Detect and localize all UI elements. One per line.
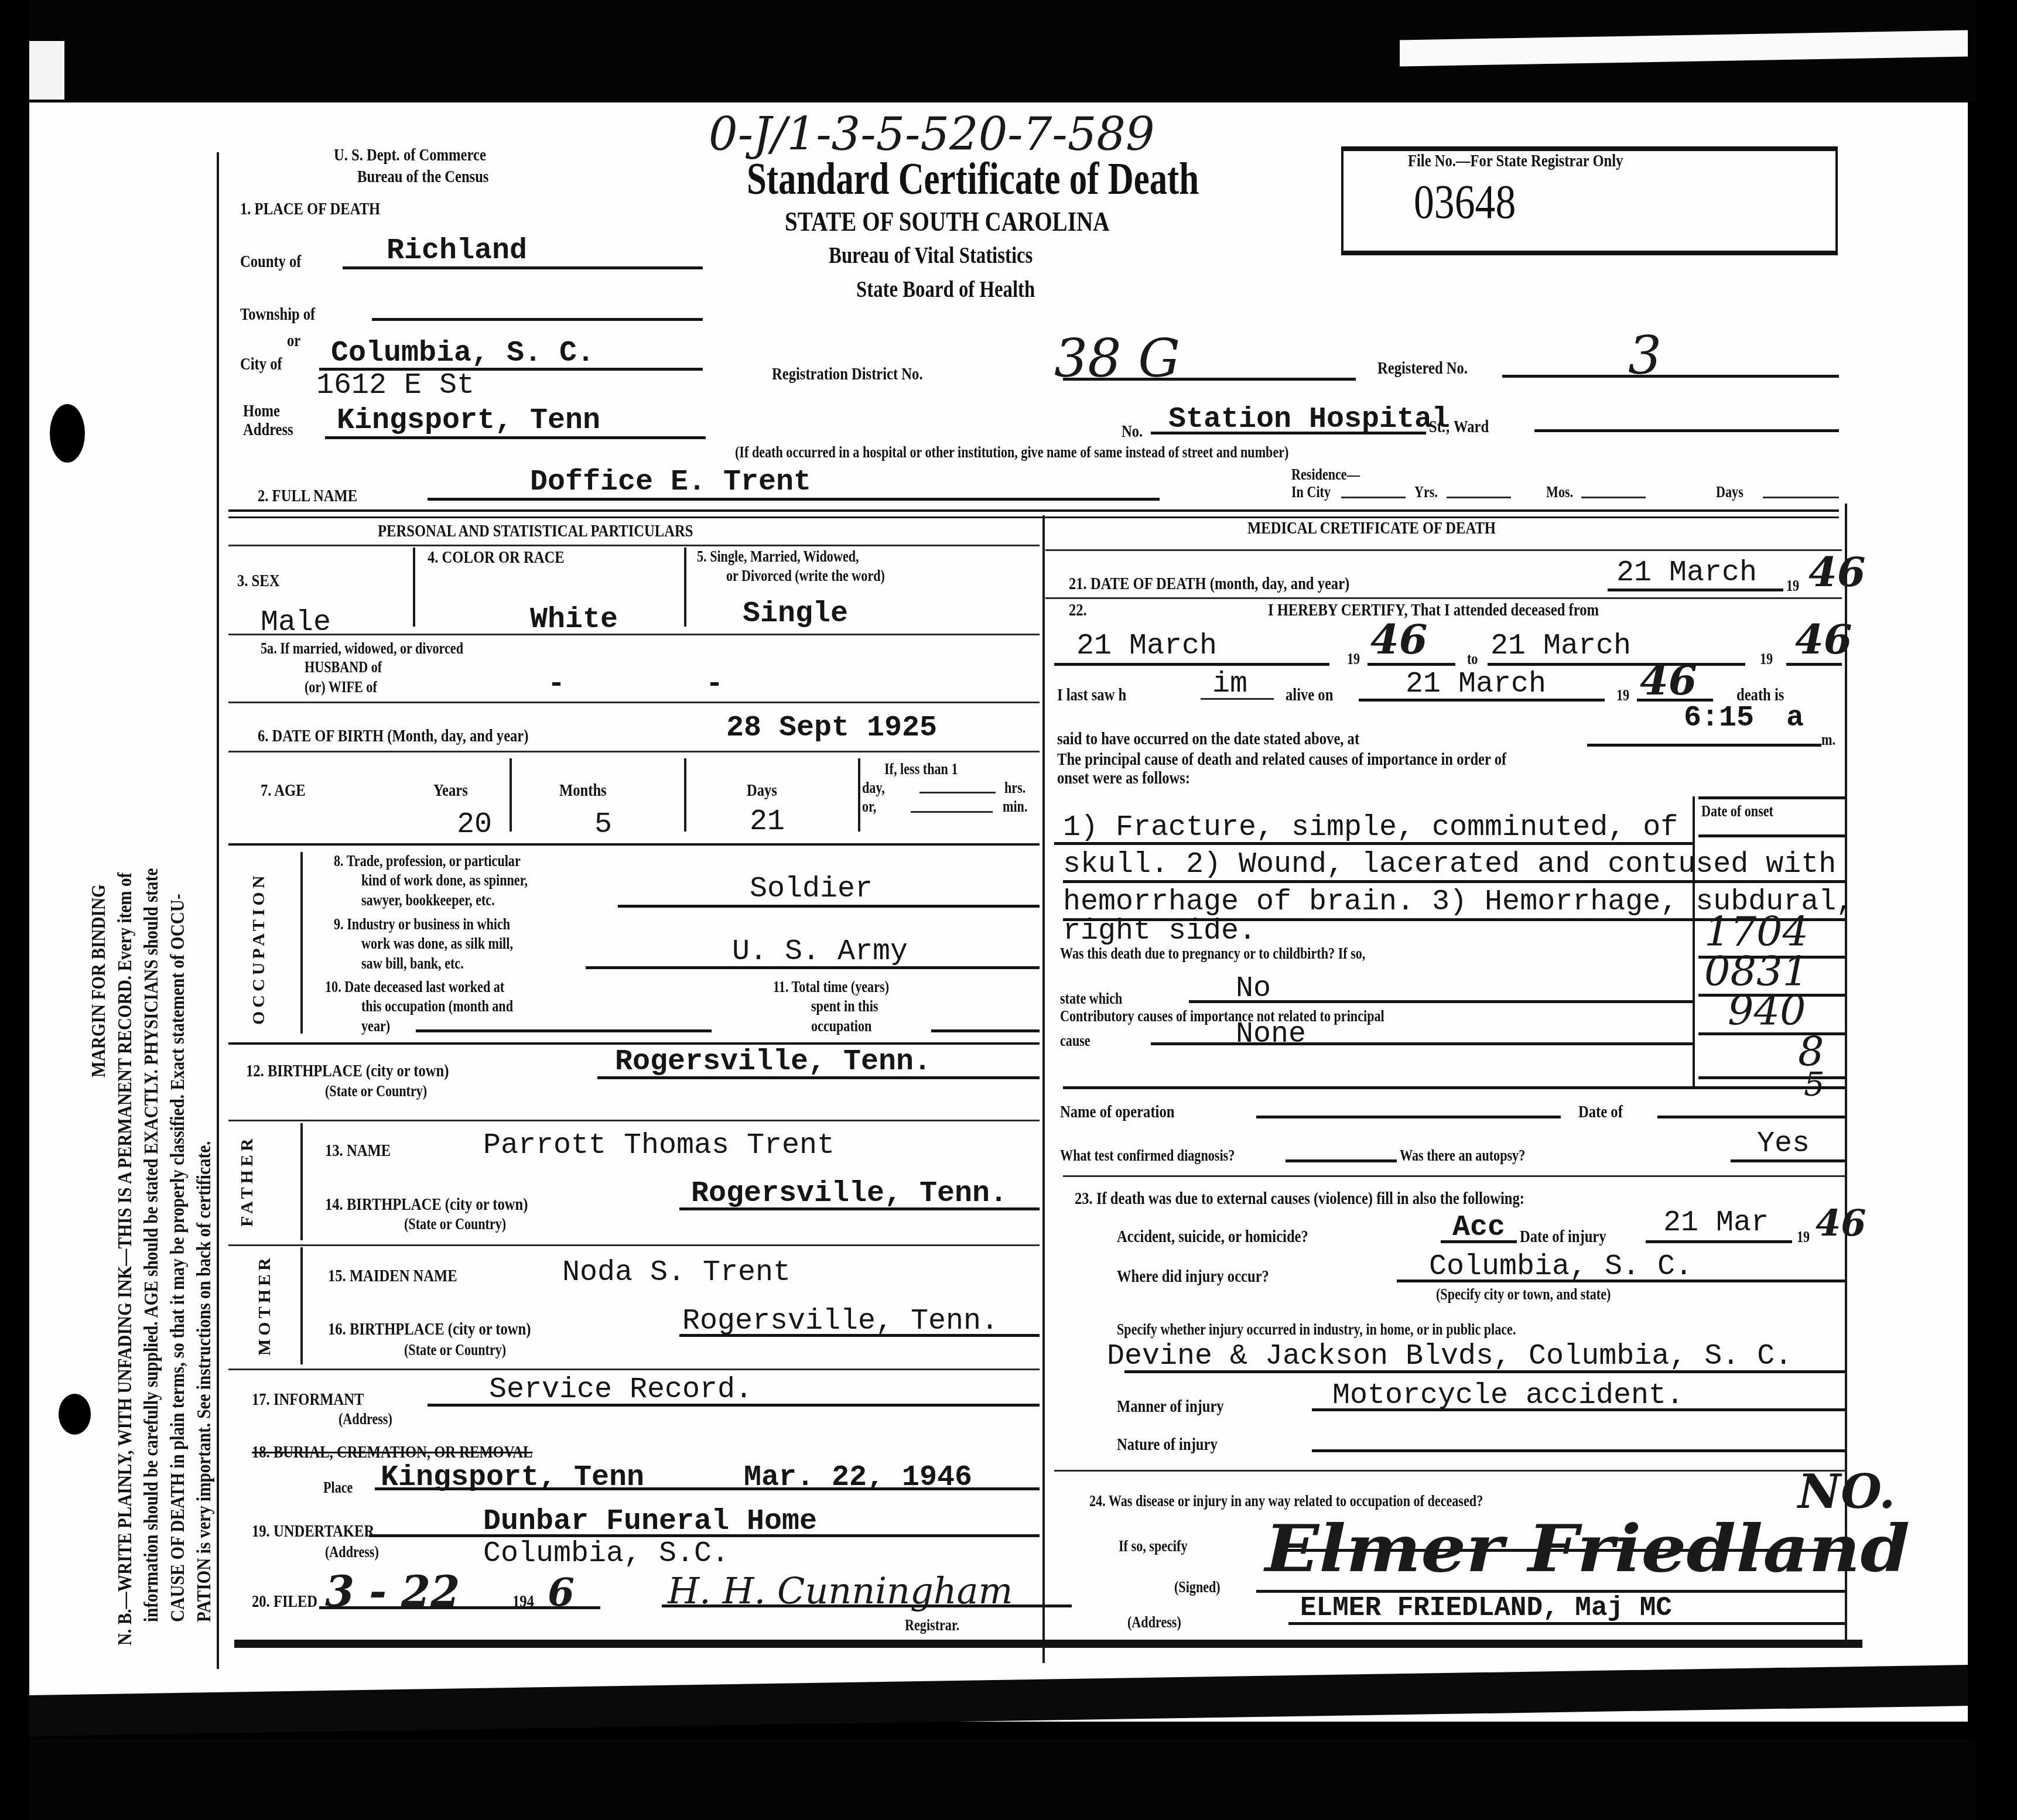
home-label: Home <box>243 401 280 421</box>
operation-label: Name of operation <box>1060 1102 1174 1122</box>
death-time: 6:15 <box>1684 702 1754 735</box>
injury-date-value: 21 Mar <box>1663 1206 1769 1240</box>
bureau-name: Bureau of Vital Statistics <box>829 241 1033 269</box>
father-birthplace-value: Rogersville, Tenn. <box>691 1177 1007 1210</box>
industry-value: U. S. Army <box>732 935 908 969</box>
mother-name-value: Noda S. Trent <box>562 1256 791 1289</box>
last-saw-date: 21 March <box>1406 668 1546 701</box>
contributory-label-1: Contributory causes of importance not re… <box>1060 1007 1384 1025</box>
days-value: 21 <box>750 805 785 839</box>
or-label: or <box>287 331 300 351</box>
no-label: No. <box>1122 422 1143 442</box>
punch-hole <box>50 404 85 463</box>
marital-label-2: or Divorced (write the word) <box>726 567 885 585</box>
last-saw-pronoun: im <box>1212 668 1247 701</box>
registration-district-label: Registration District No. <box>772 364 923 384</box>
am-label: m. <box>1821 731 1835 749</box>
st-ward-label: St.; Ward <box>1429 417 1489 437</box>
father-side-label: FATHER <box>237 1135 257 1227</box>
trade-label-1: 8. Trade, profession, or particular <box>334 852 521 870</box>
occupation-related-label: 24. Was disease or injury in any way rel… <box>1089 1492 1483 1510</box>
burial-label: 18. BURIAL, CREMATION, OR REMOVAL <box>252 1442 533 1462</box>
address-label: Address <box>243 420 293 440</box>
injury-year: 46 <box>1816 1202 1866 1244</box>
last-worked-label-2: this occupation (month and <box>361 997 513 1015</box>
medical-heading: MEDICAL CRETIFICATE OF DEATH <box>1247 518 1496 538</box>
scan-top-border <box>29 0 1988 102</box>
in-city-label: In City <box>1291 483 1331 501</box>
burial-place-label: Place <box>323 1479 353 1497</box>
year-prefix-3: 19 <box>1616 686 1629 704</box>
undertaker-name: Dunbar Funeral Home <box>483 1505 817 1538</box>
spouse-label-2: HUSBAND of <box>305 658 382 676</box>
trade-label-3: sawyer, bookkeeper, etc. <box>361 891 495 909</box>
days-label: Days <box>747 781 777 800</box>
margin-line-4: PATION is very important. See instructio… <box>193 1141 216 1622</box>
last-worked-label-3: year) <box>361 1017 390 1035</box>
dod-year: 46 <box>1809 548 1865 596</box>
pregnancy-label: Was this death due to pregnancy or to ch… <box>1060 945 1365 963</box>
board-name: State Board of Health <box>856 275 1035 303</box>
city-value: Columbia, S. C. <box>331 337 594 370</box>
certify-number: 22. <box>1069 600 1087 620</box>
less-than-day-3: or, <box>862 798 876 816</box>
mos-label: Mos. <box>1546 483 1573 501</box>
contributory-label-2: cause <box>1060 1032 1090 1050</box>
filed-label: 20. FILED <box>252 1592 317 1612</box>
place-type-label: Specify whether injury occurred in indus… <box>1117 1320 1516 1339</box>
physician-address-value: ELMER FRIEDLAND, Maj MC <box>1300 1593 1672 1623</box>
last-worked-label-1: 10. Date deceased last worked at <box>325 978 504 996</box>
signed-label: (Signed) <box>1174 1578 1221 1596</box>
certificate-title: Standard Certificate of Death <box>747 152 1199 205</box>
occupation-side-label: OCCUPATION <box>249 872 269 1025</box>
months-value: 5 <box>594 808 612 841</box>
city-label: City of <box>240 354 282 374</box>
race-label: 4. COLOR OR RACE <box>428 548 565 567</box>
less-than-day-2: day, <box>862 779 885 797</box>
scan-bottom-border <box>29 1739 1988 1820</box>
cause-line-2: skull. 2) Wound, lacerated and contused … <box>1063 848 1836 881</box>
file-number-label: File No.—For State Registrar Only <box>1408 151 1623 171</box>
industry-label-1: 9. Industry or business in which <box>334 915 510 933</box>
nature-of-injury-label: Nature of injury <box>1117 1435 1218 1455</box>
spouse-value-2: - <box>706 668 723 701</box>
where-note: (Specify city or town, and state) <box>1436 1285 1611 1304</box>
last-saw-year: 46 <box>1640 656 1697 704</box>
where-label: Where did injury occur? <box>1117 1267 1269 1287</box>
frame-left <box>217 152 219 1669</box>
yrs-label: Yrs. <box>1414 483 1438 501</box>
home-address-value: Kingsport, Tenn <box>337 404 600 437</box>
father-name-label: 13. NAME <box>325 1141 391 1161</box>
file-number-box: File No.—For State Registrar Only 03648 <box>1341 146 1838 255</box>
father-birthplace-sublabel: (State or Country) <box>404 1215 506 1233</box>
mother-name-label: 15. MAIDEN NAME <box>328 1266 457 1286</box>
spouse-label-1: 5a. If married, widowed, or divorced <box>261 639 463 658</box>
full-name-label: 2. FULL NAME <box>258 486 357 506</box>
industry-label-2: work was done, as silk mill, <box>361 935 513 953</box>
total-time-label-3: occupation <box>811 1017 871 1035</box>
attended-to: 21 March <box>1490 630 1631 663</box>
cause-intro-1: The principal cause of death and related… <box>1057 750 1506 769</box>
informant-sublabel: (Address) <box>339 1410 392 1428</box>
death-time-suffix: a <box>1786 702 1804 735</box>
personal-heading: PERSONAL AND STATISTICAL PARTICULARS <box>378 521 693 541</box>
cause-intro-2: onset were as follows: <box>1057 768 1190 788</box>
undertaker-address: Columbia, S.C. <box>483 1537 729 1571</box>
year-prefix-2: 19 <box>1760 650 1773 668</box>
trade-value: Soldier <box>750 873 873 906</box>
sex-label: 3. SEX <box>237 571 279 591</box>
county-value: Richland <box>387 234 527 268</box>
birthplace-sublabel: (State or Country) <box>325 1082 427 1100</box>
injury-date-label: Date of injury <box>1520 1227 1606 1247</box>
autopsy-label: Was there an autopsy? <box>1400 1147 1525 1165</box>
registrar-label: Registrar. <box>905 1616 959 1634</box>
dod-label: 21. DATE OF DEATH (month, day, and year) <box>1069 574 1349 594</box>
days-label: Days <box>1716 483 1743 501</box>
state-which-label: state which <box>1060 990 1122 1008</box>
cause-line-1: 1) Fracture, simple, comminuted, of <box>1063 811 1678 844</box>
date-of-operation-label: Date of <box>1578 1102 1623 1122</box>
months-label: Months <box>559 781 607 800</box>
if-so-label: If so, specify <box>1119 1537 1187 1555</box>
less-than-day-1: If, less than 1 <box>884 760 958 778</box>
test-label: What test confirmed diagnosis? <box>1060 1147 1235 1165</box>
informant-value: Service Record. <box>489 1373 753 1407</box>
years-label: Years <box>433 781 468 800</box>
onset-code-3: 940 <box>1728 987 1806 1035</box>
punch-hole <box>59 1394 91 1435</box>
marital-value: Single <box>743 597 848 631</box>
undertaker-label: 19. UNDERTAKER <box>252 1521 374 1541</box>
county-label: County of <box>240 252 302 272</box>
certify-text: I HEREBY CERTIFY, That I attended deceas… <box>1268 600 1599 620</box>
margin-line-1: N. B.—WRITE PLAINLY, WITH UNFADING INK—T… <box>114 873 136 1645</box>
autopsy-value: Yes <box>1757 1127 1810 1161</box>
full-name-value: Doffice E. Trent <box>530 466 811 499</box>
manner-value: Acc <box>1452 1211 1505 1244</box>
spouse-value-1: - <box>548 668 565 701</box>
race-value: White <box>530 603 618 637</box>
years-value: 20 <box>457 808 492 841</box>
total-time-label-1: 11. Total time (years) <box>773 978 889 996</box>
undertaker-sublabel: (Address) <box>325 1543 379 1561</box>
hrs-label: hrs. <box>1004 779 1025 797</box>
to-label: to <box>1467 650 1478 668</box>
birthplace-value: Rogersville, Tenn. <box>615 1045 931 1079</box>
state-name: STATE OF SOUTH CAROLINA <box>785 206 1109 237</box>
header-bureau: Bureau of the Census <box>357 167 488 187</box>
cause-line-4: right side. <box>1063 915 1256 948</box>
manner-of-injury-label: Manner of injury <box>1117 1397 1224 1417</box>
mother-birthplace-value: Rogersville, Tenn. <box>682 1305 999 1338</box>
alive-on-label: alive on <box>1286 685 1333 705</box>
trade-label-2: kind of work done, as spinner, <box>361 871 528 890</box>
margin-line-2: information should be carefully supplied… <box>141 868 163 1622</box>
informant-label: 17. INFORMANT <box>252 1390 364 1410</box>
street-address: 1612 E St <box>316 369 474 402</box>
attended-from-year: 46 <box>1370 615 1427 663</box>
mother-birthplace-label: 16. BIRTHPLACE (city or town) <box>328 1319 531 1339</box>
contributory-value: None <box>1236 1018 1306 1051</box>
where-value: Columbia, S. C. <box>1429 1250 1693 1284</box>
institution-note: (If death occurred in a hospital or othe… <box>735 443 1288 461</box>
dod-year-prefix: 19 <box>1786 577 1799 595</box>
year-prefix-1: 19 <box>1347 650 1360 668</box>
physician-address-label: (Address) <box>1127 1613 1181 1631</box>
date-of-onset-label: Date of onset <box>1701 802 1773 820</box>
residence-label: Residence— <box>1291 466 1360 484</box>
margin-binding: MARGIN FOR BINDING <box>88 884 110 1077</box>
manner-of-injury-value: Motorcycle accident. <box>1332 1379 1684 1412</box>
township-label: Township of <box>240 305 315 324</box>
registered-no-label: Registered No. <box>1377 358 1468 378</box>
scan-right-border <box>1976 0 2017 1820</box>
attended-from: 21 March <box>1076 630 1217 663</box>
onset-code-5: 5 <box>1804 1066 1825 1104</box>
attended-to-year: 46 <box>1795 615 1852 663</box>
mother-side-label: MOTHER <box>255 1254 275 1356</box>
mother-birthplace-sublabel: (State or Country) <box>404 1341 506 1359</box>
physician-signature: Elmer Friedland <box>1265 1511 1910 1586</box>
last-saw-label: I last saw h <box>1057 685 1126 705</box>
file-number: 03648 <box>1414 175 1516 230</box>
margin-line-3: CAUSE OF DEATH in plain terms, so that i… <box>167 894 189 1622</box>
spouse-label-3: (or) WIFE of <box>305 678 377 696</box>
frame-right <box>1845 504 1847 1645</box>
father-name-value: Parrott Thomas Trent <box>483 1129 835 1162</box>
onset-column-divider <box>1693 796 1695 1089</box>
marital-label-1: 5. Single, Married, Widowed, <box>697 548 859 566</box>
birthplace-label: 12. BIRTHPLACE (city or town) <box>246 1061 449 1081</box>
total-time-label-2: spent in this <box>811 997 878 1015</box>
column-divider <box>1042 515 1045 1663</box>
injury-year-prefix: 19 <box>1797 1228 1810 1246</box>
dob-value: 28 Sept 1925 <box>726 711 937 745</box>
industry-label-3: saw bill, bank, etc. <box>361 955 464 973</box>
min-label: min. <box>1003 798 1027 816</box>
occurred-label: said to have occurred on the date stated… <box>1057 729 1359 749</box>
injury-place-value: Devine & Jackson Blvds, Columbia, S. C. <box>1107 1340 1792 1373</box>
father-birthplace-label: 14. BIRTHPLACE (city or town) <box>325 1195 528 1215</box>
external-heading: 23. If death was due to external causes … <box>1075 1189 1524 1209</box>
dob-label: 6. DATE OF BIRTH (Month, day, and year) <box>258 726 528 746</box>
dod-value: 21 March <box>1616 556 1757 590</box>
header-dept: U. S. Dept. of Commerce <box>334 145 486 165</box>
place-of-death-heading: 1. PLACE OF DEATH <box>240 199 380 219</box>
age-label: 7. AGE <box>261 781 306 800</box>
manner-label: Accident, suicide, or homicide? <box>1117 1227 1308 1247</box>
